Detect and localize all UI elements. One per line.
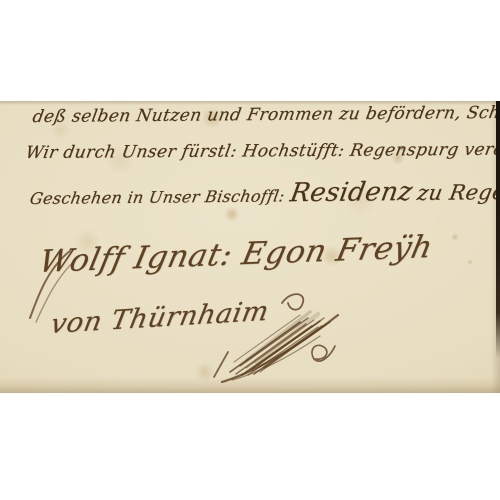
manuscript-text-line-2: Wir durch Unser fürstl: Hochstüfft: Rege… [24,139,500,163]
signature-line-1: Wolff Ignat: Egon Freÿh [36,229,436,280]
line-3-small-text: Geschehen in Unser Bischoffl: [28,186,286,208]
photo-right-edge-shadow [496,101,500,359]
manuscript-text-line-3: Geschehen in Unser Bischoffl: Residenz z… [28,176,500,211]
line-3-regensburg-word: zu Regensp [415,180,500,205]
manuscript-text-line-1: deß selben Nutzen und Frommen zu beförde… [31,102,500,127]
signature-line-2: von Thürnhaim [48,296,271,340]
photo-page-background: deß selben Nutzen und Frommen zu beförde… [0,0,500,500]
manuscript-photo: deß selben Nutzen und Frommen zu beförde… [0,101,500,393]
line-3-residenz-word: Residenz [288,177,415,208]
